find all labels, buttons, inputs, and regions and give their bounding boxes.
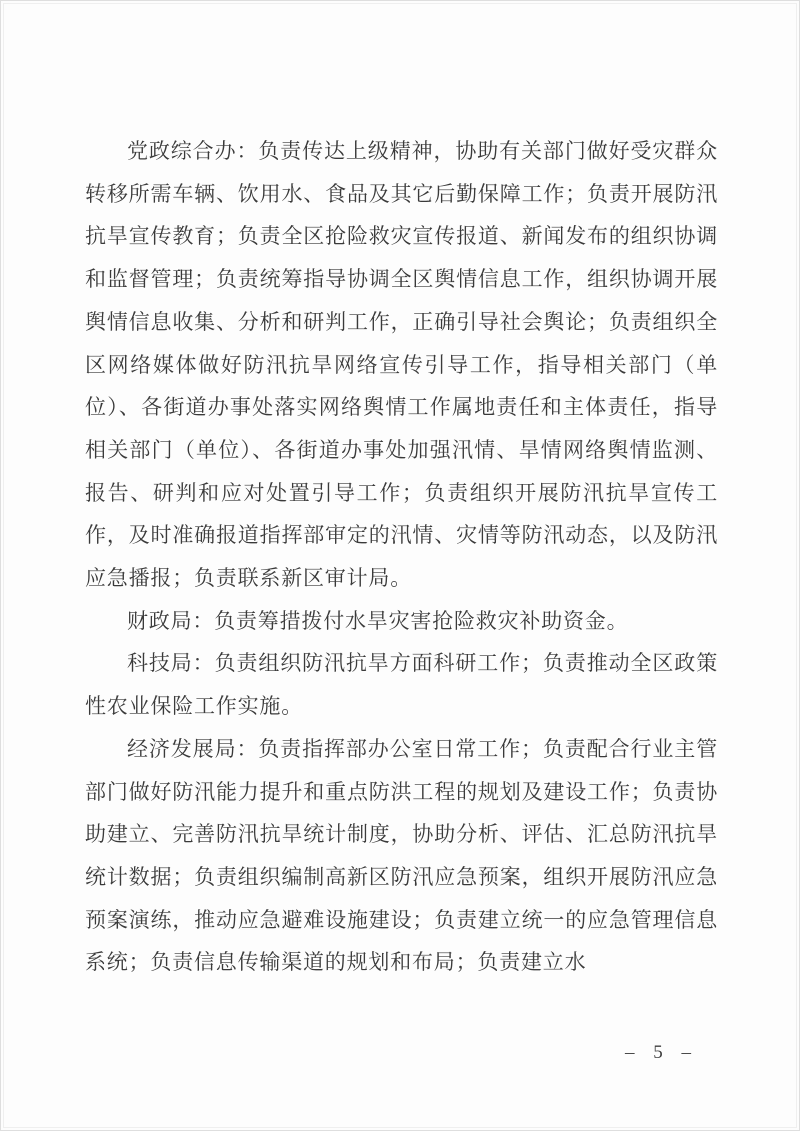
paragraph-keji-ju: 科技局：负责组织防汛抗旱方面科研工作；负责推动全区政策性农业保险工作实施。 (85, 642, 718, 727)
document-body: 党政综合办：负责传达上级精神，协助有关部门做好受灾群众转移所需车辆、饮用水、食品… (85, 130, 718, 984)
paragraph-dangzheng-zonghe-ban: 党政综合办：负责传达上级精神，协助有关部门做好受灾群众转移所需车辆、饮用水、食品… (85, 130, 718, 600)
paragraph-caizheng-ju: 财政局：负责筹措拨付水旱灾害抢险救灾补助资金。 (85, 600, 718, 643)
document-page: 党政综合办：负责传达上级精神，协助有关部门做好受灾群众转移所需车辆、饮用水、食品… (0, 0, 800, 1131)
page-number: – 5 – (625, 1042, 698, 1064)
paragraph-jingji-fazhan-ju: 经济发展局：负责指挥部办公室日常工作；负责配合行业主管部门做好防汛能力提升和重点… (85, 728, 718, 984)
